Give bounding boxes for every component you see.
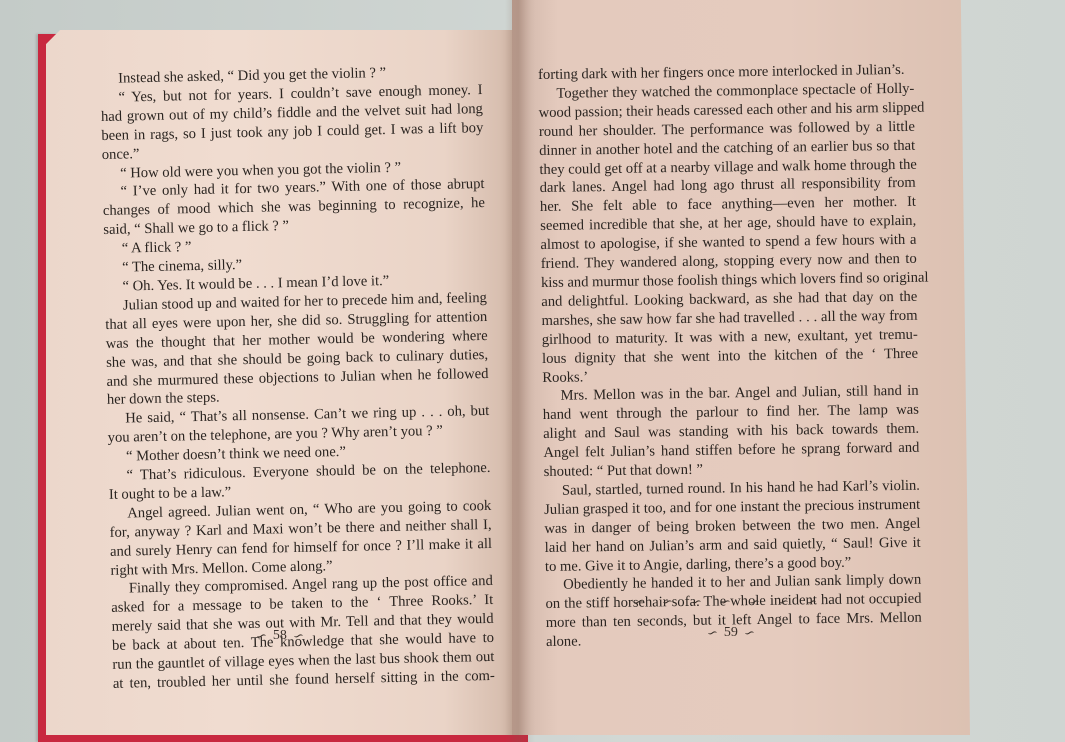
ornament-icon: ∽ bbox=[291, 627, 306, 645]
ornament-icon: ∽ bbox=[705, 624, 720, 642]
ornament-icon: ∽ bbox=[742, 624, 757, 642]
ornament-icon: ∽ bbox=[254, 627, 269, 645]
left-page-folio: ∽ 58 ∽ bbox=[256, 628, 304, 644]
ornament-icon: ∽ bbox=[660, 593, 675, 611]
right-page-text: forting dark with her fingers once more … bbox=[538, 61, 922, 652]
book-gutter bbox=[505, 0, 535, 742]
ornament-icon: ∽ bbox=[631, 593, 646, 611]
ornament-icon: ∽ bbox=[747, 593, 762, 611]
right-page-folio: ∽ 59 ∽ bbox=[707, 625, 755, 641]
ornament-icon: ∽ bbox=[689, 593, 704, 611]
page-number: 59 bbox=[724, 625, 738, 641]
page-number: 58 bbox=[273, 628, 287, 644]
ornament-icon: ∽ bbox=[776, 593, 791, 611]
section-break-ornaments: ∽∽∽∽∽∽∽ bbox=[633, 594, 817, 610]
ornament-icon: ∽ bbox=[805, 593, 820, 611]
ornament-icon: ∽ bbox=[718, 593, 733, 611]
left-page-text: Instead she asked, “ Did you get the vio… bbox=[100, 62, 495, 694]
